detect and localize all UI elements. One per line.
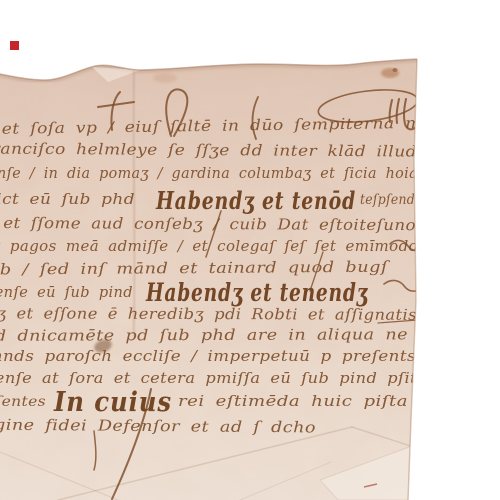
text-line-10: ed dnicamēte pd ſub phd are in aliqua ne xyxy=(0,325,408,344)
manuscript-photo: s et ſoſa vp / eiuſ ſaltē in dūo ſempite… xyxy=(0,0,500,500)
engrossed-habendum-2: Habendʒ et tenendʒ xyxy=(145,278,368,307)
text-line-04-pre: dict eū ſub phd xyxy=(0,190,135,208)
text-line-04-post: teſpſend xyxy=(360,192,415,208)
text-line-03: onſe / in dia pomaʒ / gardina columbaʒ e… xyxy=(0,164,418,182)
text-line-09: bʒ et eſſone ē heredibʒ pdi Robti et aſſ… xyxy=(0,304,417,324)
text-line-05: b et ſſome aud conſebʒ / cuib Dat eſtoit… xyxy=(0,214,416,234)
engrossed-habendum-1: Habendʒ et tenōd xyxy=(155,186,356,215)
rust-stain-dot xyxy=(393,68,398,72)
text-line-13-pre: eſentes xyxy=(0,394,46,410)
text-line-12: penſe at ſora et cetera pmiſſa eū ſub pi… xyxy=(0,369,418,387)
engrossed-in-cuius: In cuius xyxy=(53,387,172,418)
faint-stain xyxy=(153,73,177,83)
text-line-13-post: rei eſtimēda huic piſta xyxy=(178,392,408,410)
text-line-11: innds paroſch eccliſe / imperpetuū p pre… xyxy=(0,347,416,365)
text-line-08-pre: penſe eū ſub pind xyxy=(0,283,133,301)
text-line-14: gine fidei Defenſor et ad ſ dcho xyxy=(0,416,316,437)
text-line-02: franciſco helmleye ſe ſſʒe dd inter klād… xyxy=(0,139,417,160)
text-line-07: hb / ſed inſ mānd et tainard quod bugſ xyxy=(0,258,390,279)
photo-canvas: s et ſoſa vp / eiuſ ſaltē in dūo ſempite… xyxy=(0,0,500,500)
